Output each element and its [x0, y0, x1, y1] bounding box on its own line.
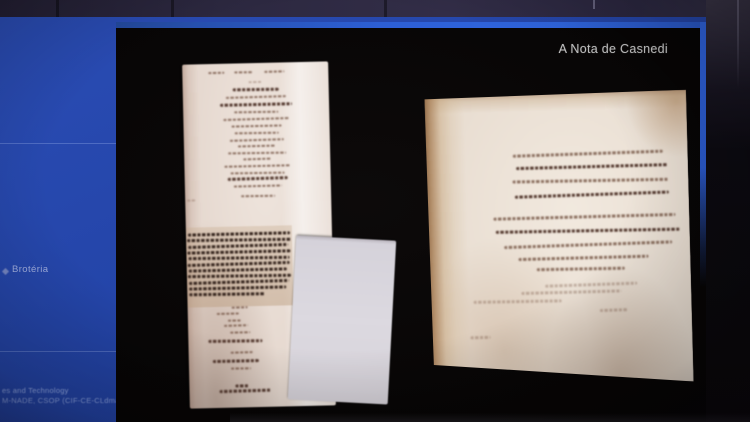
handwriting-stroke	[224, 164, 290, 168]
blank-sheet	[288, 235, 396, 404]
right-manuscript-page	[424, 90, 694, 389]
photo-of-projection-screen: Brotéria es and Technology M-NADE, CSOP …	[0, 0, 750, 422]
handwriting-stroke	[231, 351, 253, 354]
handwriting-stroke	[233, 88, 279, 91]
handwriting-stroke	[537, 267, 625, 272]
room-shadow-line	[56, 0, 59, 18]
handwriting-stroke	[234, 71, 252, 74]
room-background-right	[706, 0, 750, 422]
slide-content-panel: A Nota de Casnedi	[116, 22, 706, 422]
handwriting-stroke	[228, 319, 242, 322]
handwriting-stroke	[518, 255, 648, 261]
slide-footer-line-2: M-NADE, CSOP (CIF-CE-CLdma)	[2, 396, 122, 405]
panel-top-accent-border	[116, 22, 706, 28]
handwriting-stroke	[504, 240, 672, 249]
handwriting-stroke	[243, 158, 271, 161]
handwriting-stroke	[496, 228, 680, 234]
handwriting-stroke	[220, 102, 292, 106]
slide-footer-line-1: es and Technology	[2, 386, 69, 395]
handwriting-stroke	[230, 331, 250, 334]
handwriting-stroke	[241, 195, 275, 198]
handwriting-stroke	[235, 132, 279, 135]
room-shadow-line	[384, 0, 387, 18]
handwriting-stroke	[264, 70, 284, 73]
handwriting-stroke	[515, 191, 669, 199]
handwriting-stroke	[230, 138, 284, 142]
handwriting-stroke	[545, 282, 637, 288]
screen-bezel-bottom	[230, 413, 750, 422]
panel-right-accent-border	[700, 22, 706, 287]
handwriting-stroke	[513, 150, 663, 158]
handwriting-stroke	[493, 213, 675, 221]
room-shadow-line	[171, 0, 174, 18]
handwriting-stroke	[231, 367, 251, 370]
broteria-brand-label: Brotéria	[12, 264, 48, 275]
handwriting-stroke	[219, 389, 271, 393]
handwriting-stroke	[228, 152, 286, 155]
handwriting-stroke	[213, 359, 259, 363]
handwriting-stroke	[471, 336, 491, 340]
handwriting-stroke	[223, 117, 289, 121]
slide-title: A Nota de Casnedi	[559, 42, 668, 56]
handwriting-stroke	[228, 176, 288, 181]
room-highlight-line	[737, 0, 739, 88]
handwriting-stroke	[232, 124, 282, 128]
handwriting-stroke	[234, 111, 278, 114]
handwriting-stroke	[217, 312, 239, 315]
handwriting-stroke	[235, 384, 249, 387]
room-background-top	[0, 0, 750, 18]
handwriting-stroke	[521, 289, 621, 295]
handwriting-stroke	[249, 81, 263, 84]
broteria-logo-mark	[2, 268, 9, 275]
handwriting-stroke	[512, 178, 668, 184]
handwriting-stroke	[231, 172, 285, 175]
handwriting-stroke	[516, 163, 668, 170]
room-highlight-line	[593, 0, 595, 9]
handwriting-stroke	[226, 95, 286, 99]
handwriting-stroke	[600, 308, 628, 312]
handwriting-stroke	[232, 306, 248, 309]
handwriting-stroke	[208, 72, 224, 75]
handwriting-stroke	[224, 324, 248, 327]
handwriting-stroke	[187, 199, 195, 202]
handwriting-stroke	[238, 145, 276, 148]
handwriting-stroke	[208, 339, 262, 343]
handwriting-stroke	[234, 184, 282, 187]
handwriting-stroke	[474, 299, 562, 304]
